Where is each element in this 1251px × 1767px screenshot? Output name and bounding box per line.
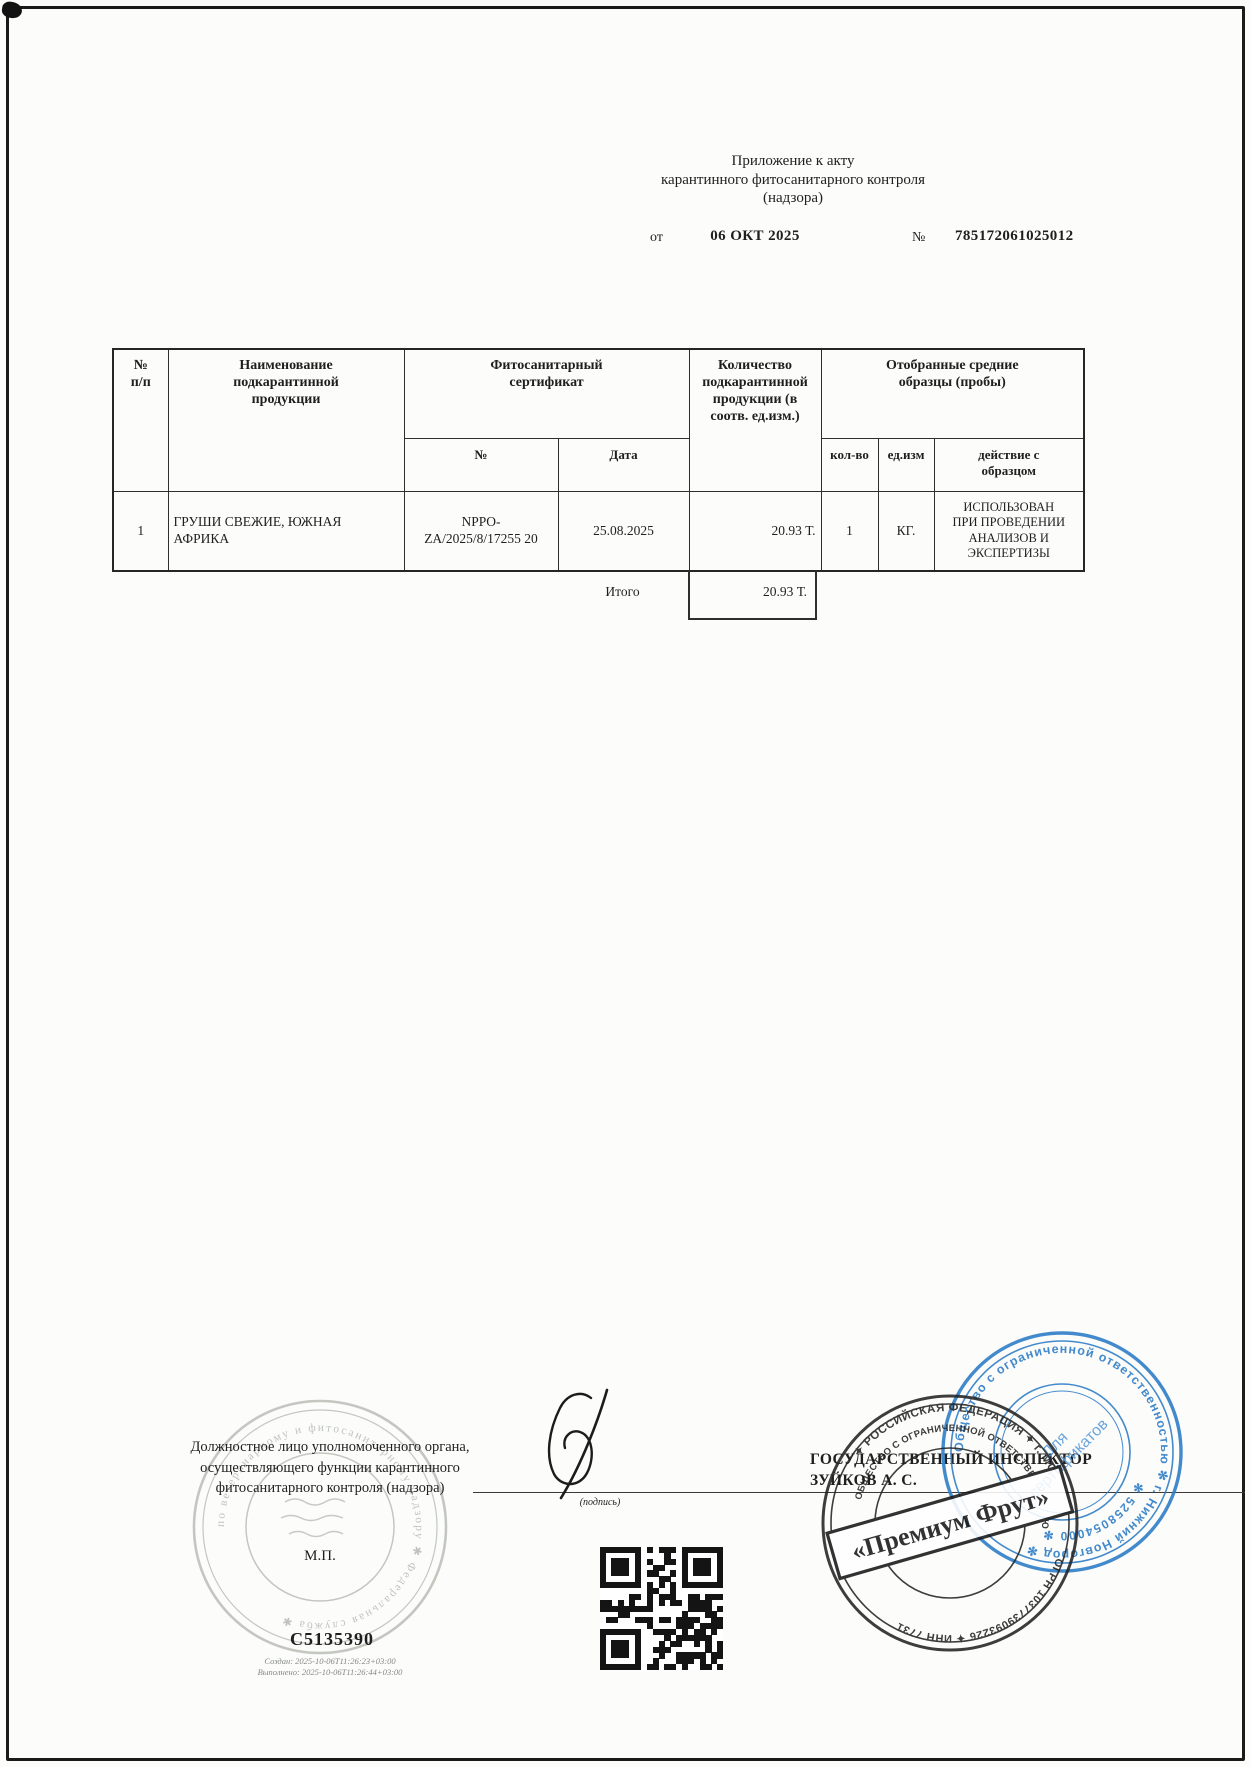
subheader-cert-date: Дата — [558, 438, 689, 491]
stamp-code: С5135390 — [262, 1629, 402, 1650]
black-round-stamp-icon: ✦ РОССИЙСКАЯ ФЕДЕРАЦИЯ ✦ г. МОСКВА ОГРН … — [815, 1388, 1085, 1658]
total-value-cell: 20.93 Т. — [688, 570, 817, 620]
black-stamp-ring-bottom-text: ОГРН 1037739093226 ✦ ИНН 7731 — [895, 1557, 1065, 1644]
table-row: 1 ГРУШИ СВЕЖИЕ, ЮЖНАЯ АФРИКА NPPO- ZA/20… — [113, 491, 1084, 571]
subheader-sample-unit: ед.изм — [878, 438, 934, 491]
scan-corner-artifact — [1, 1, 23, 20]
qr-modules — [600, 1547, 723, 1670]
signature-caption: (подпись) — [545, 1497, 655, 1508]
act-date: 06 ОКТ 2025 — [690, 228, 820, 245]
black-stamp-rings — [823, 1396, 1077, 1650]
row-cert-date: 25.08.2025 — [558, 491, 689, 571]
black-stamp-banner-text: «Премиум Фрут» — [848, 1481, 1052, 1565]
qr-code — [600, 1547, 723, 1670]
inspector-title: ГОСУДАРСТВЕННЫЙ ИНСПЕКТОР — [810, 1449, 1240, 1470]
row-sample-unit: КГ. — [878, 491, 934, 571]
col-header-samples: Отобранные средние образцы (пробы) — [821, 349, 1084, 438]
mp-seal-placeholder: М.П. — [285, 1548, 355, 1565]
total-label: Итого — [557, 584, 688, 600]
col-header-num: № п/п — [113, 349, 168, 491]
stamp-meta-line-1: Создан: 2025-10-06Т11:26:23+03:00 — [200, 1656, 460, 1667]
official-line-1: Должностное лицо уполномоченного органа, — [135, 1437, 525, 1458]
col-header-product: Наименование подкарантинной продукции — [168, 349, 404, 491]
stamp-meta-lines: Создан: 2025-10-06Т11:26:23+03:00 Выполн… — [200, 1656, 460, 1678]
table-header-row: № п/п Наименование подкарантинной продук… — [113, 349, 1084, 438]
subheader-cert-no: № — [404, 438, 558, 491]
row-num: 1 — [113, 491, 168, 571]
row-sample-qty: 1 — [821, 491, 878, 571]
col-header-cert: Фитосанитарный сертификат — [404, 349, 689, 438]
row-product: ГРУШИ СВЕЖИЕ, ЮЖНАЯ АФРИКА — [168, 491, 404, 571]
title-line-1: Приложение к акту — [568, 152, 1018, 171]
faint-round-stamp-icon: по ветеринарному и фитосанитарному надзо… — [185, 1392, 455, 1662]
official-line-2: осуществляющего функции карантинного — [135, 1458, 525, 1479]
signature-icon — [527, 1388, 627, 1500]
inspector-name: ЗУЙКОВ А. С. — [810, 1470, 1240, 1491]
number-sign: № — [912, 230, 925, 246]
document-title: Приложение к акту карантинного фитосанит… — [568, 152, 1018, 208]
title-line-3: (надзора) — [568, 189, 1018, 208]
stamp-meta-line-2: Выполнено: 2025-10-06Т11:26:44+03:00 — [200, 1667, 460, 1678]
subheader-sample-action: действие с образцом — [934, 438, 1084, 491]
date-from-label: от — [650, 230, 663, 246]
svg-text:ОГРН 1037739093226 ✦ ИНН 7731: ОГРН 1037739093226 ✦ ИНН 7731 — [895, 1557, 1065, 1644]
inspector-block: ГОСУДАРСТВЕННЫЙ ИНСПЕКТОР ЗУЙКОВ А. С. — [810, 1449, 1240, 1491]
act-number: 785172061025012 — [955, 228, 1074, 245]
col-header-quantity: Количество подкарантинной продукции (в с… — [689, 349, 821, 491]
scanned-document-page: Приложение к акту карантинного фитосанит… — [0, 0, 1251, 1767]
subheader-sample-qty: кол-во — [821, 438, 878, 491]
products-table: № п/п Наименование подкарантинной продук… — [112, 348, 1085, 572]
official-role-text: Должностное лицо уполномоченного органа,… — [135, 1437, 525, 1499]
row-sample-action: ИСПОЛЬЗОВАН ПРИ ПРОВЕДЕНИИ АНАЛИЗОВ И ЭК… — [934, 491, 1084, 571]
title-line-2: карантинного фитосанитарного контроля — [568, 171, 1018, 190]
row-cert-no: NPPO- ZA/2025/8/17255 20 — [404, 491, 558, 571]
signature-strokes — [549, 1390, 607, 1498]
row-quantity: 20.93 Т. — [689, 491, 821, 571]
official-line-3: фитосанитарного контроля (надзора) — [135, 1478, 525, 1499]
